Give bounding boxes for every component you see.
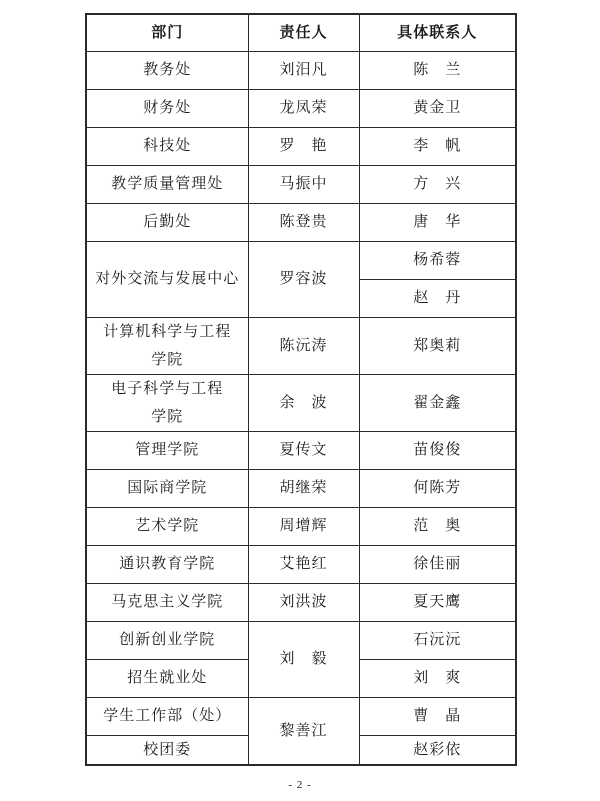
cell-department: 科技处 [86, 128, 248, 166]
table-body: 教务处刘汨凡陈 兰财务处龙凤荣黄金卫科技处罗 艳李 帆教学质量管理处马振中方 兴… [86, 52, 516, 766]
cell-department: 学生工作部（处） [86, 698, 248, 736]
table-row: 学生工作部（处）黎善江曹 晶 [86, 698, 516, 736]
cell-contact: 赵彩依 [359, 736, 516, 766]
cell-person: 艾艳红 [248, 546, 359, 584]
cell-contact: 石沅沅 [359, 622, 516, 660]
cell-department: 计算机科学与工程学院 [86, 318, 248, 375]
cell-department: 教务处 [86, 52, 248, 90]
table-row: 电子科学与工程学院余 波翟金鑫 [86, 375, 516, 432]
cell-department: 艺术学院 [86, 508, 248, 546]
cell-person: 胡继荣 [248, 470, 359, 508]
cell-contact: 郑奥莉 [359, 318, 516, 375]
cell-department: 财务处 [86, 90, 248, 128]
table-row: 教学质量管理处马振中方 兴 [86, 166, 516, 204]
table-row: 通识教育学院艾艳红徐佳丽 [86, 546, 516, 584]
cell-department: 国际商学院 [86, 470, 248, 508]
cell-contact: 李 帆 [359, 128, 516, 166]
table-row: 教务处刘汨凡陈 兰 [86, 52, 516, 90]
table-row: 创新创业学院刘 毅石沅沅 [86, 622, 516, 660]
cell-department: 后勤处 [86, 204, 248, 242]
cell-person: 夏传文 [248, 432, 359, 470]
cell-person: 马振中 [248, 166, 359, 204]
document-page: 部门 责任人 具体联系人 教务处刘汨凡陈 兰财务处龙凤荣黄金卫科技处罗 艳李 帆… [0, 0, 600, 801]
cell-contact: 苗俊俊 [359, 432, 516, 470]
cell-person: 刘洪波 [248, 584, 359, 622]
table-row: 对外交流与发展中心罗容波杨希蓉 [86, 242, 516, 280]
cell-contact: 曹 晶 [359, 698, 516, 736]
table-row: 计算机科学与工程学院陈沅涛郑奥莉 [86, 318, 516, 375]
cell-contact: 杨希蓉 [359, 242, 516, 280]
cell-department: 管理学院 [86, 432, 248, 470]
cell-contact: 夏天鹰 [359, 584, 516, 622]
column-header-department: 部门 [86, 14, 248, 52]
cell-contact: 赵 丹 [359, 280, 516, 318]
cell-person: 罗 艳 [248, 128, 359, 166]
cell-contact: 方 兴 [359, 166, 516, 204]
cell-department: 招生就业处 [86, 660, 248, 698]
cell-person: 刘汨凡 [248, 52, 359, 90]
cell-person: 黎善江 [248, 698, 359, 766]
cell-department: 马克思主义学院 [86, 584, 248, 622]
cell-person: 罗容波 [248, 242, 359, 318]
cell-department: 通识教育学院 [86, 546, 248, 584]
cell-contact: 陈 兰 [359, 52, 516, 90]
cell-department: 校团委 [86, 736, 248, 766]
table-row: 科技处罗 艳李 帆 [86, 128, 516, 166]
cell-contact: 徐佳丽 [359, 546, 516, 584]
cell-contact: 黄金卫 [359, 90, 516, 128]
cell-person: 余 波 [248, 375, 359, 432]
cell-department: 教学质量管理处 [86, 166, 248, 204]
cell-person: 陈沅涛 [248, 318, 359, 375]
cell-person: 周增辉 [248, 508, 359, 546]
column-header-person: 责任人 [248, 14, 359, 52]
table-row: 后勤处陈登贵唐 华 [86, 204, 516, 242]
cell-department: 创新创业学院 [86, 622, 248, 660]
cell-contact: 何陈芳 [359, 470, 516, 508]
table-row: 财务处龙凤荣黄金卫 [86, 90, 516, 128]
table-header-row: 部门 责任人 具体联系人 [86, 14, 516, 52]
cell-contact: 翟金鑫 [359, 375, 516, 432]
table-row: 管理学院夏传文苗俊俊 [86, 432, 516, 470]
table-row: 国际商学院胡继荣何陈芳 [86, 470, 516, 508]
cell-department: 对外交流与发展中心 [86, 242, 248, 318]
table-row: 马克思主义学院刘洪波夏天鹰 [86, 584, 516, 622]
cell-person: 龙凤荣 [248, 90, 359, 128]
cell-contact: 刘 爽 [359, 660, 516, 698]
page-number: - 2 - [0, 779, 600, 791]
contact-table: 部门 责任人 具体联系人 教务处刘汨凡陈 兰财务处龙凤荣黄金卫科技处罗 艳李 帆… [85, 13, 517, 766]
cell-person: 陈登贵 [248, 204, 359, 242]
table-row: 艺术学院周增辉范 奥 [86, 508, 516, 546]
cell-contact: 唐 华 [359, 204, 516, 242]
cell-contact: 范 奥 [359, 508, 516, 546]
cell-person: 刘 毅 [248, 622, 359, 698]
cell-department: 电子科学与工程学院 [86, 375, 248, 432]
column-header-contact: 具体联系人 [359, 14, 516, 52]
